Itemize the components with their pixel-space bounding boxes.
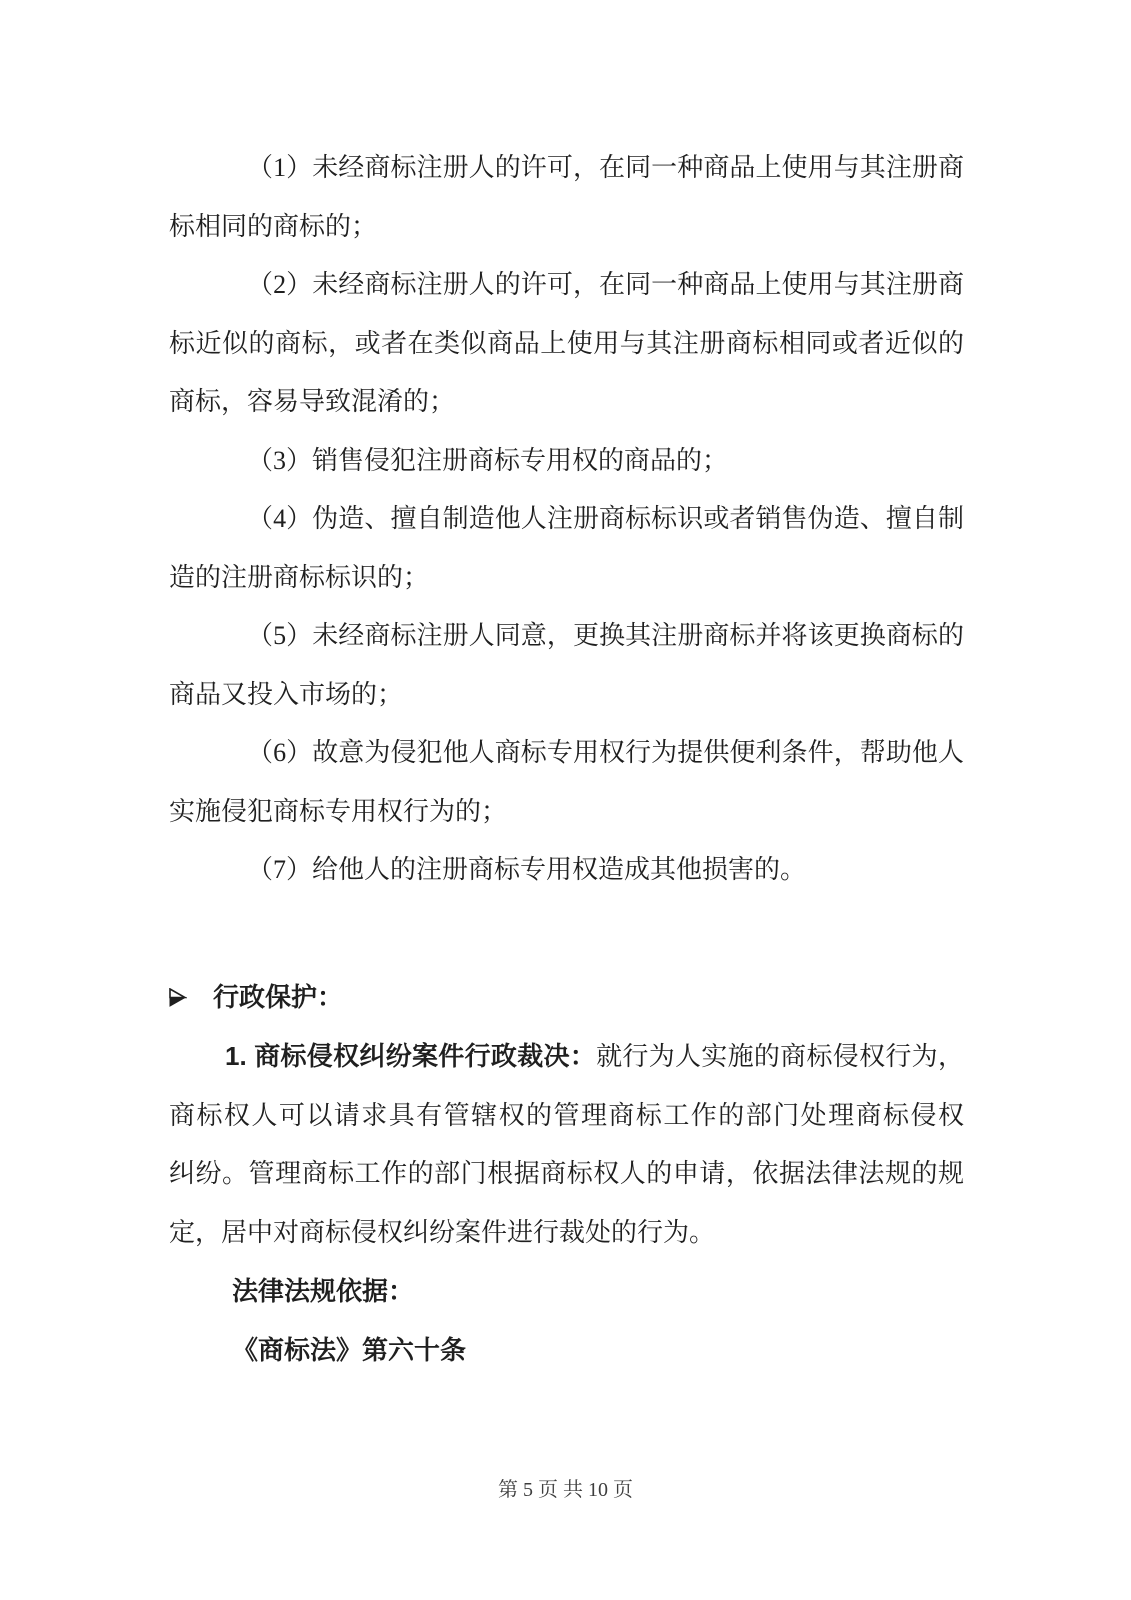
text-line: 造的注册商标标识的； [169,549,964,608]
section-heading-label: 行政保护： [213,982,343,1012]
ruling-title: 1. 商标侵权纠纷案件行政裁决： [225,1041,596,1071]
text-line: （3）销售侵犯注册商标专用权的商品的； [169,432,964,491]
text-line: 标近似的商标，或者在类似商品上使用与其注册商标相同或者近似的 [169,315,964,374]
text-line: 定，居中对商标侵权纠纷案件进行裁处的行为。 [169,1204,964,1263]
document-page: （1）未经商标注册人的许可，在同一种商品上使用与其注册商 标相同的商标的； （2… [0,0,1131,1600]
page-number-indicator: 第 5 页 共 10 页 [498,1479,633,1501]
ruling-paragraph: 1. 商标侵权纠纷案件行政裁决：就行为人实施的商标侵权行为， 商标权人可以请求具… [169,1027,964,1262]
document-body: （1）未经商标注册人的许可，在同一种商品上使用与其注册商 标相同的商标的； （2… [169,139,964,1379]
infringement-item-7: （7）给他人的注册商标专用权造成其他损害的。 [169,841,964,900]
text-line: （6）故意为侵犯他人商标专用权行为提供便利条件，帮助他人 [169,724,964,783]
infringement-item-4: （4）伪造、擅自制造他人注册商标标识或者销售伪造、擅自制 造的注册商标标识的； [169,490,964,607]
infringement-item-3: （3）销售侵犯注册商标专用权的商品的； [169,432,964,491]
text-line: 商品又投入市场的； [169,666,964,725]
legal-basis-label: 法律法规依据： [169,1262,964,1321]
infringement-item-1: （1）未经商标注册人的许可，在同一种商品上使用与其注册商 标相同的商标的； [169,139,964,256]
text-line: 标相同的商标的； [169,198,964,257]
text-line: 实施侵犯商标专用权行为的； [169,783,964,842]
text-line: 商标权人可以请求具有管辖权的管理商标工作的部门处理商标侵权 [169,1087,964,1146]
legal-basis-reference: 《商标法》第六十条 [169,1321,964,1380]
text-line: （7）给他人的注册商标专用权造成其他损害的。 [169,841,964,900]
section-heading: 行政保护： [169,968,964,1028]
infringement-item-5: （5）未经商标注册人同意，更换其注册商标并将该更换商标的 商品又投入市场的； [169,607,964,724]
infringement-item-2: （2）未经商标注册人的许可，在同一种商品上使用与其注册商 标近似的商标，或者在类… [169,256,964,432]
text-line: 商标，容易导致混淆的； [169,373,964,432]
right-arrowhead-bullet-icon [169,969,187,1028]
page-footer: 第 5 页 共 10 页 [0,1478,1131,1502]
text-line: （4）伪造、擅自制造他人注册商标标识或者销售伪造、擅自制 [169,490,964,549]
text-line: 1. 商标侵权纠纷案件行政裁决：就行为人实施的商标侵权行为， [169,1027,964,1087]
text-line: 纠纷。管理商标工作的部门根据商标权人的申请，依据法律法规的规 [169,1145,964,1204]
text-line: （1）未经商标注册人的许可，在同一种商品上使用与其注册商 [169,139,964,198]
text-line: （5）未经商标注册人同意，更换其注册商标并将该更换商标的 [169,607,964,666]
infringement-item-6: （6）故意为侵犯他人商标专用权行为提供便利条件，帮助他人 实施侵犯商标专用权行为… [169,724,964,841]
text-line: （2）未经商标注册人的许可，在同一种商品上使用与其注册商 [169,256,964,315]
ruling-body-start: 就行为人实施的商标侵权行为， [596,1042,964,1071]
